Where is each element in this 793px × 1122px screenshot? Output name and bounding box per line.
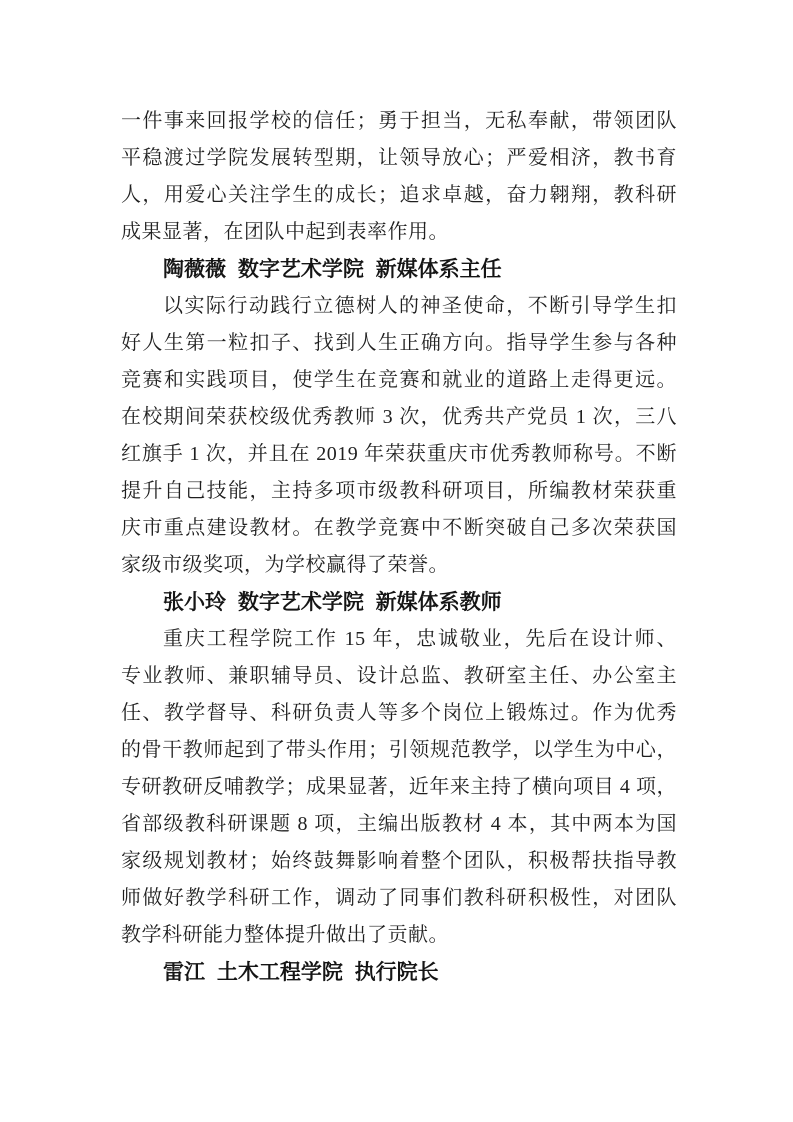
text-line: 师做好教学科研工作，调动了同事们教科研积极性，对团队 <box>121 880 677 917</box>
heading-tao-weiwei: 陶薇薇 数字艺术学院 新媒体系主任 <box>121 251 677 288</box>
text-line: 好人生第一粒扣子、找到人生正确方向。指导学生参与各种 <box>121 325 677 362</box>
text-line: 庆市重点建设教材。在教学竞赛中不断突破自己多次荣获国 <box>121 510 677 547</box>
text-line: 专业教师、兼职辅导员、设计总监、教研室主任、办公室主 <box>121 658 677 695</box>
text-line: 的骨干教师起到了带头作用；引领规范教学，以学生为中心， <box>121 732 677 769</box>
text-line: 家级市级奖项，为学校赢得了荣誉。 <box>121 547 677 584</box>
text-line: 成果显著，在团队中起到表率作用。 <box>121 214 677 251</box>
text-line: 人，用爱心关注学生的成长；追求卓越，奋力翱翔，教科研 <box>121 177 677 214</box>
text-line: 在校期间荣获校级优秀教师 3 次，优秀共产党员 1 次，三八 <box>121 399 677 436</box>
document-page: 一件事来回报学校的信任；勇于担当，无私奉献，带领团队 平稳渡过学院发展转型期，让… <box>0 0 793 1122</box>
text-line: 任、教学督导、科研负责人等多个岗位上锻炼过。作为优秀 <box>121 695 677 732</box>
paragraph-zhang-xiaoling: 重庆工程学院工作 15 年，忠诚敬业，先后在设计师、 专业教师、兼职辅导员、设计… <box>121 621 677 954</box>
paragraph-intro-continuation: 一件事来回报学校的信任；勇于担当，无私奉献，带领团队 平稳渡过学院发展转型期，让… <box>121 103 677 251</box>
heading-zhang-xiaoling: 张小玲 数字艺术学院 新媒体系教师 <box>121 584 677 621</box>
text-line: 以实际行动践行立德树人的神圣使命，不断引导学生扣 <box>121 288 677 325</box>
text-line: 红旗手 1 次，并且在 2019 年荣获重庆市优秀教师称号。不断 <box>121 436 677 473</box>
text-line: 重庆工程学院工作 15 年，忠诚敬业，先后在设计师、 <box>121 621 677 658</box>
text-line: 平稳渡过学院发展转型期，让领导放心；严爱相济，教书育 <box>121 140 677 177</box>
text-line: 提升自己技能，主持多项市级教科研项目，所编教材荣获重 <box>121 473 677 510</box>
text-line: 专研教研反哺教学；成果显著，近年来主持了横向项目 4 项， <box>121 769 677 806</box>
text-line: 一件事来回报学校的信任；勇于担当，无私奉献，带领团队 <box>121 103 677 140</box>
heading-lei-jiang: 雷江 土木工程学院 执行院长 <box>121 954 677 991</box>
text-line: 教学科研能力整体提升做出了贡献。 <box>121 917 677 954</box>
paragraph-tao-weiwei: 以实际行动践行立德树人的神圣使命，不断引导学生扣 好人生第一粒扣子、找到人生正确… <box>121 288 677 584</box>
text-line: 竞赛和实践项目，使学生在竞赛和就业的道路上走得更远。 <box>121 362 677 399</box>
text-line: 家级规划教材；始终鼓舞影响着整个团队，积极帮扶指导教 <box>121 843 677 880</box>
text-line: 省部级教科研课题 8 项，主编出版教材 4 本，其中两本为国 <box>121 806 677 843</box>
